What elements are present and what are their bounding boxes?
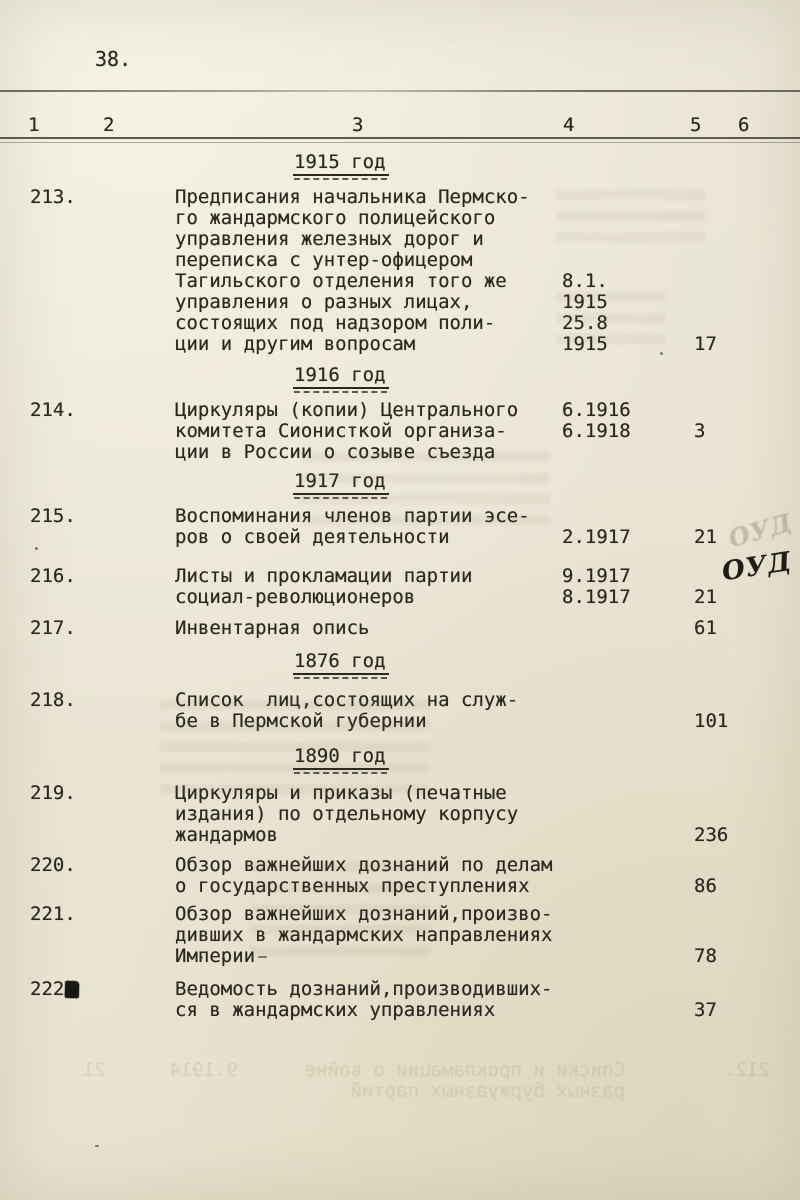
horizontal-rule-top <box>0 90 800 92</box>
entry-title: Инвентарная опись <box>175 618 560 639</box>
entry-dates-line <box>562 229 688 250</box>
entry-note-cell <box>750 979 800 1021</box>
entry-sheet-count-line <box>694 925 750 946</box>
year-heading-row: 1890 год <box>175 746 678 767</box>
entry-dates <box>560 783 688 846</box>
entry-title-line: переписка с унтер-офицером <box>175 250 560 271</box>
ink-speck <box>95 1145 99 1147</box>
entry-dates: 9.19178.1917 <box>560 566 688 608</box>
ink-speck <box>258 956 267 958</box>
entry-title-line: Империи <box>175 946 560 967</box>
bleed-count-line <box>50 1081 106 1102</box>
column-header-3: 3 <box>352 114 363 136</box>
column-header-1: 1 <box>28 114 39 136</box>
entry-number-text: 220. <box>30 854 76 876</box>
entry-dates-line: 8.1. <box>562 271 688 292</box>
bleed-dates-line <box>112 1081 238 1102</box>
entry-sheet-count-line <box>694 979 750 1000</box>
bleed-title-line: разных буржуазных партий <box>240 1081 625 1102</box>
table-row-entry-219: 219.Циркуляры и приказы (печатныеиздания… <box>30 783 800 846</box>
entry-sheet-count-line <box>694 187 750 208</box>
entry-sheet-count: 3 <box>688 400 750 463</box>
horizontal-rule-header <box>0 137 800 139</box>
entry-number: 216. <box>30 566 175 587</box>
bleed-title-line: Списки и прокламации о войне <box>240 1060 625 1081</box>
entry-dates <box>560 904 688 967</box>
entry-note-cell <box>750 400 800 463</box>
entry-sheet-count-line: 78 <box>694 946 750 967</box>
entry-dates <box>560 618 688 639</box>
inventory-list: 1915 год213.Предписания начальника Пермс… <box>30 152 800 1021</box>
entry-number: 218. <box>30 690 175 711</box>
entry-sheet-count: 78 <box>688 904 750 967</box>
bleed-through-row: 212.Списки и прокламации о войнеразных б… <box>0 1060 800 1102</box>
table-row-entry-221: 221.Обзор важнейших дознаний,произво-див… <box>30 904 800 967</box>
entry-dates <box>560 690 688 732</box>
entry-title-line: ции в России о созыве съезда <box>175 442 560 463</box>
entry-title-line: управления о разных лицах, <box>175 292 560 313</box>
entry-sheet-count-line <box>694 229 750 250</box>
entry-dates-line <box>562 187 688 208</box>
entry-sheet-count: 236 <box>688 783 750 846</box>
entry-title: Список лиц,состоящих на служ-бе в Пермск… <box>175 690 560 732</box>
entry-dates-line <box>562 825 688 846</box>
bleed-dates-line: 9.1914 <box>112 1060 238 1081</box>
entry-sheet-count-line <box>694 855 750 876</box>
entry-title-line: Воспоминания членов партии эсе- <box>175 506 560 527</box>
bleed-title: Списки и прокламации о войнеразных буржу… <box>240 1060 625 1102</box>
entry-title-line: бе в Пермской губернии <box>175 711 560 732</box>
entry-dates-line: 2.1917 <box>562 527 688 548</box>
year-heading-row: 1917 год <box>175 471 678 492</box>
entry-title-line: издания) по отдельному корпусу <box>175 804 560 825</box>
entry-sheet-count-line: 21 <box>694 587 750 608</box>
entry-sheet-count: 17 <box>688 187 750 355</box>
entry-number: 213. <box>30 187 175 208</box>
table-row-entry-214: 214.Циркуляры (копии) Центральногокомите… <box>30 400 800 463</box>
year-heading: 1916 год <box>293 365 389 389</box>
entry-sheet-count-line <box>694 313 750 334</box>
document-page: 38. 123456 1915 год213.Предписания начал… <box>0 0 800 1200</box>
entry-title: Листы и прокламации партиисоциал-революц… <box>175 566 560 608</box>
entry-number-text: 214. <box>30 399 76 421</box>
entry-sheet-count: 86 <box>688 855 750 897</box>
entry-number-text: 222 <box>30 978 64 1000</box>
ink-speck <box>35 547 38 550</box>
table-row-entry-218: 218.Список лиц,состоящих на служ-бе в Пе… <box>30 690 800 732</box>
entry-sheet-count-line: 101 <box>694 711 750 732</box>
entry-title-line: Обзор важнейших дознаний по делам <box>175 855 560 876</box>
ink-speck <box>222 957 225 960</box>
entry-dates: 6.19166.1918 <box>560 400 688 463</box>
entry-dates-line <box>562 250 688 271</box>
entry-dates-line: 6.1916 <box>562 400 688 421</box>
entry-title: Циркуляры (копии) Центральногокомитета С… <box>175 400 560 463</box>
entry-sheet-count-line <box>694 250 750 271</box>
entry-number-text: 219. <box>30 782 76 804</box>
table-row-entry-217: 217.Инвентарная опись 61 <box>30 618 800 639</box>
entry-number-text: 218. <box>30 689 76 711</box>
ink-smudge <box>65 981 80 998</box>
column-header-4: 4 <box>563 114 574 136</box>
entry-number-cell: 219. <box>30 783 175 846</box>
entry-title-line: ров о своей деятельности <box>175 527 560 548</box>
entry-title-line: социал-революционеров <box>175 587 560 608</box>
bleed-number-cell: 212. <box>625 1060 770 1102</box>
entry-number: 221. <box>30 904 175 925</box>
entry-dates-line <box>562 711 688 732</box>
entry-number-text: 213. <box>30 186 76 208</box>
column-header-2: 2 <box>103 114 114 136</box>
year-heading-row: 1915 год <box>175 152 678 173</box>
entry-sheet-count-line: 61 <box>694 618 750 639</box>
entry-number-cell: 213. <box>30 187 175 355</box>
entry-sheet-count-line <box>694 271 750 292</box>
table-row-entry-215: 215.Воспоминания членов партии эсе-ров о… <box>30 506 800 548</box>
entry-title-line: комитета Сионисткой организа- <box>175 421 560 442</box>
table-row-entry-222: 222Ведомость дознаний,производивших-ся в… <box>30 979 800 1021</box>
entry-title-line: ции и другим вопросам <box>175 334 560 355</box>
entry-number: 217. <box>30 618 175 639</box>
year-heading-row: 1916 год <box>175 365 678 386</box>
horizontal-rule-header-echo <box>0 142 800 143</box>
entry-title-line: дивших в жандармских направлениях <box>175 925 560 946</box>
entry-note-cell <box>750 904 800 967</box>
entry-dates-line <box>562 690 688 711</box>
entry-note-cell <box>750 855 800 897</box>
entry-dates-line: 1915 <box>562 292 688 313</box>
entry-number: 220. <box>30 855 175 876</box>
entry-sheet-count-line <box>694 292 750 313</box>
entry-sheet-count-line <box>694 400 750 421</box>
bleed-dates: 9.1914 <box>112 1060 240 1102</box>
entry-number-cell: 217. <box>30 618 175 639</box>
entry-sheet-count-line <box>694 783 750 804</box>
entry-number-text: 217. <box>30 617 76 639</box>
entry-number-text: 215. <box>30 505 76 527</box>
table-row-entry-216: 216.Листы и прокламации партиисоциал-рев… <box>30 566 800 608</box>
table-row-entry-220: 220.Обзор важнейших дознаний по деламо г… <box>30 855 800 897</box>
entry-number: 222 <box>30 979 175 1000</box>
entry-dates-line <box>562 876 688 897</box>
entry-title-line: го жандармского полицейского <box>175 208 560 229</box>
entry-number-cell: 216. <box>30 566 175 608</box>
bleed-through-ghost: 212.Списки и прокламации о войнеразных б… <box>0 1060 800 1102</box>
entry-number-cell: 215. <box>30 506 175 548</box>
entry-dates-line <box>562 506 688 527</box>
entry-title-line: Циркуляры и приказы (печатные <box>175 783 560 804</box>
entry-sheet-count-line: 236 <box>694 825 750 846</box>
entry-dates-line <box>562 979 688 1000</box>
year-heading-row: 1876 год <box>175 651 678 672</box>
year-heading: 1890 год <box>293 746 389 770</box>
entry-number-cell: 221. <box>30 904 175 967</box>
entry-title-line: Ведомость дознаний,производивших- <box>175 979 560 1000</box>
entry-title: Обзор важнейших дознаний,произво-дивших … <box>175 904 560 967</box>
table-row-entry-213: 213.Предписания начальника Пермско-го жа… <box>30 187 800 355</box>
entry-title: Воспоминания членов партии эсе-ров о сво… <box>175 506 560 548</box>
entry-title-line: жандармов <box>175 825 560 846</box>
entry-title-line: Предписания начальника Пермско- <box>175 187 560 208</box>
entry-sheet-count-line: 17 <box>694 334 750 355</box>
entry-dates-line <box>562 1000 688 1021</box>
entry-number-cell: 214. <box>30 400 175 463</box>
entry-dates: 2.1917 <box>560 506 688 548</box>
entry-title-line: Список лиц,состоящих на служ- <box>175 690 560 711</box>
entry-title: Предписания начальника Пермско-го жандар… <box>175 187 560 355</box>
entry-sheet-count-line <box>694 208 750 229</box>
entry-dates-line: 8.1917 <box>562 587 688 608</box>
ink-speck <box>200 956 203 959</box>
year-heading: 1915 год <box>293 152 389 176</box>
page-number: 38. <box>95 47 131 71</box>
column-header-6: 6 <box>738 114 749 136</box>
entry-number-text: 216. <box>30 565 76 587</box>
entry-sheet-count-line <box>694 904 750 925</box>
entry-note-cell <box>750 783 800 846</box>
entry-title-line: ся в жандармских управлениях <box>175 1000 560 1021</box>
entry-dates <box>560 855 688 897</box>
entry-note-cell <box>750 187 800 355</box>
entry-number-text: 221. <box>30 903 76 925</box>
entry-sheet-count-line: 3 <box>694 421 750 442</box>
entry-sheet-count: 61 <box>688 618 750 639</box>
entry-sheet-count-line: 37 <box>694 1000 750 1021</box>
entry-sheet-count-line <box>694 442 750 463</box>
entry-title-line: состоящих под надзором поли- <box>175 313 560 334</box>
entry-dates-line <box>562 804 688 825</box>
entry-dates-line <box>562 618 688 639</box>
entry-sheet-count: 101 <box>688 690 750 732</box>
entry-title-line: о государственных преступлениях <box>175 876 560 897</box>
entry-title-line: Циркуляры (копии) Центрального <box>175 400 560 421</box>
bleed-through-entry: 212.Списки и прокламации о войнеразных б… <box>0 1060 770 1102</box>
entry-number: 214. <box>30 400 175 421</box>
entry-sheet-count-line <box>694 804 750 825</box>
entry-dates-line: 6.1918 <box>562 421 688 442</box>
entry-number: 219. <box>30 783 175 804</box>
bleed-count: 21 <box>50 1060 112 1102</box>
entry-note-cell <box>750 690 800 732</box>
entry-number-cell: 218. <box>30 690 175 732</box>
entry-dates-line: 9.1917 <box>562 566 688 587</box>
entry-dates-line <box>562 904 688 925</box>
entry-sheet-count: 37 <box>688 979 750 1021</box>
ink-speck <box>660 352 663 355</box>
entry-number-cell: 222 <box>30 979 175 1021</box>
entry-dates-line <box>562 855 688 876</box>
entry-dates-line <box>562 946 688 967</box>
entry-dates: 8.1.191525.81915 <box>560 187 688 355</box>
entry-dates-line <box>562 925 688 946</box>
entry-number: 215. <box>30 506 175 527</box>
entry-dates-line <box>562 783 688 804</box>
entry-dates-line <box>562 442 688 463</box>
column-header-5: 5 <box>690 114 701 136</box>
entry-title: Ведомость дознаний,производивших-ся в жа… <box>175 979 560 1021</box>
year-heading: 1917 год <box>293 471 389 495</box>
entry-title-line: Инвентарная опись <box>175 618 560 639</box>
entry-title-line: управления железных дорог и <box>175 229 560 250</box>
bleed-number: 212. <box>625 1060 770 1081</box>
entry-number-cell: 220. <box>30 855 175 897</box>
entry-dates-line: 1915 <box>562 334 688 355</box>
entry-title: Обзор важнейших дознаний по деламо госуд… <box>175 855 560 897</box>
entry-title-line: Листы и прокламации партии <box>175 566 560 587</box>
bleed-count-line: 21 <box>50 1060 106 1081</box>
entry-title: Циркуляры и приказы (печатныеиздания) по… <box>175 783 560 846</box>
entry-dates-line <box>562 208 688 229</box>
entry-dates-line: 25.8 <box>562 313 688 334</box>
entry-dates <box>560 979 688 1021</box>
entry-sheet-count-line <box>694 690 750 711</box>
year-heading: 1876 год <box>293 651 389 675</box>
entry-note-cell <box>750 618 800 639</box>
entry-sheet-count-line: 86 <box>694 876 750 897</box>
entry-title-line: Обзор важнейших дознаний,произво- <box>175 904 560 925</box>
entry-title-line: Тагильского отделения того же <box>175 271 560 292</box>
